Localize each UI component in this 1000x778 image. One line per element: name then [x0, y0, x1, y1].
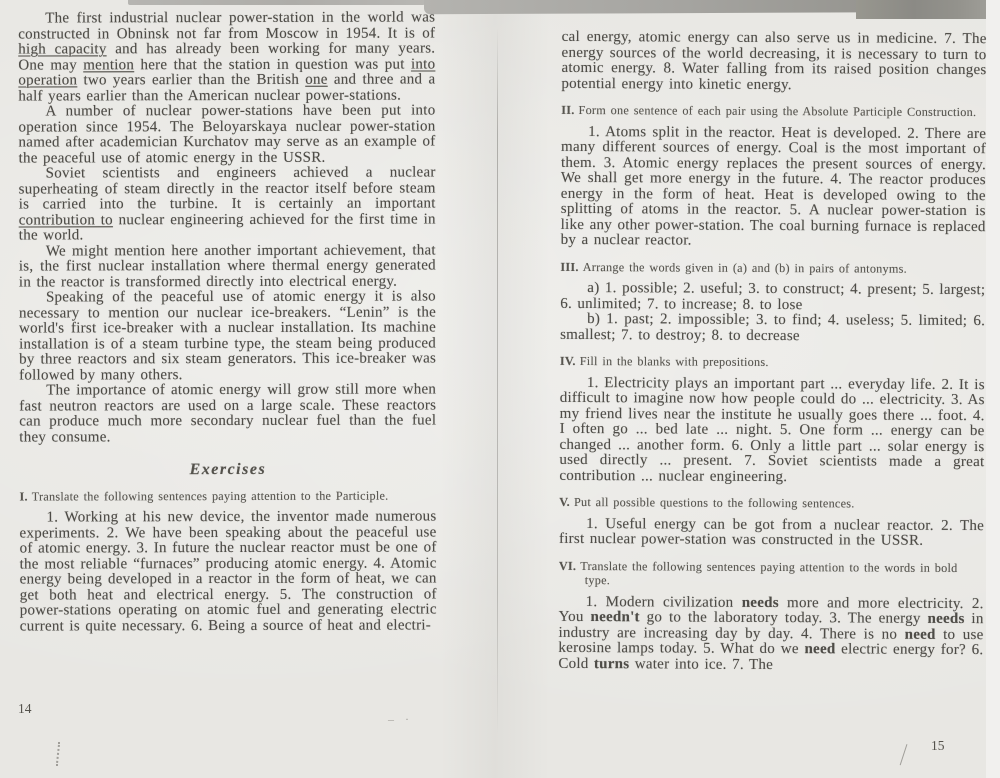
ink-mark: – · — [388, 712, 413, 727]
scan-edge-artifact — [856, 0, 1000, 19]
exercise-number: VI. — [559, 558, 576, 572]
page-number-right: 15 — [931, 738, 945, 754]
paragraph: A number of nuclear power-stations have … — [18, 103, 435, 166]
exercise-ii-instruction: II.Form one sentence of each pair using … — [561, 103, 986, 120]
scan-edge-artifact — [128, 0, 426, 5]
instruction-text: Put all possible questions to the follow… — [574, 495, 855, 510]
exercise-ii-body: 1. Atoms split in the reactor. Heat is d… — [561, 124, 987, 250]
exercise-vi-instruction: VI.Translate the following sentences pay… — [559, 558, 984, 589]
page-left: The first industrial nuclear power-stati… — [18, 10, 437, 634]
exercise-i-instruction: I.Translate the following sentences payi… — [19, 488, 436, 504]
exercise-v-instruction: V.Put all possible questions to the foll… — [559, 495, 984, 512]
exercise-iii-list-a: a) 1. possible; 2. useful; 3. to constru… — [560, 281, 985, 314]
exercise-i-body: 1. Working at his new device, the invent… — [19, 509, 436, 634]
book-scan: – · The first industrial nuclear power-s… — [0, 0, 1000, 778]
page-right: cal energy, atomic energy can also serve… — [558, 30, 986, 674]
instruction-text: Form one sentence of each pair using the… — [579, 103, 977, 119]
instruction-text: Fill in the blanks with prepositions. — [580, 354, 769, 369]
instruction-text: Translate the following sentences paying… — [32, 488, 389, 503]
exercise-number: II. — [561, 103, 574, 117]
exercise-number: I. — [19, 489, 27, 503]
exercise-number: IV. — [560, 354, 576, 368]
exercise-iv-instruction: IV.Fill in the blanks with prepositions. — [560, 354, 985, 371]
exercise-iii-instruction: III.Arrange the words given in (a) and (… — [560, 259, 985, 276]
ink-mark — [900, 744, 910, 766]
paragraph: The first industrial nuclear power-stati… — [18, 10, 435, 104]
exercises-heading: Exercises — [19, 461, 436, 478]
book-gutter — [497, 28, 498, 734]
exercise-number: V. — [559, 495, 570, 509]
exercise-vi-body: 1. Modern civilization needs more and mo… — [558, 594, 983, 674]
page-number-left: 14 — [18, 701, 32, 717]
exercise-iii-list-b: b) 1. past; 2. impossible; 3. to find; 4… — [560, 312, 985, 345]
scan-edge-artifact — [986, 0, 1000, 778]
instruction-text: Translate the following sentences paying… — [580, 558, 957, 587]
ink-mark — [56, 742, 62, 766]
paragraph: We might mention here another important … — [19, 243, 436, 291]
exercise-iv-body: 1. Electricity plays an important part .… — [559, 375, 985, 486]
continuation-paragraph: cal energy, atomic energy can also serve… — [561, 30, 986, 94]
instruction-text: Arrange the words given in (a) and (b) i… — [583, 260, 907, 276]
paragraph: The importance of atomic energy will gro… — [19, 382, 436, 445]
paragraph: Speaking of the peaceful use of atomic e… — [19, 289, 436, 383]
exercise-number: III. — [560, 259, 578, 273]
exercise-v-body: 1. Useful energy can be got from a nucle… — [559, 516, 984, 549]
paragraph: Soviet scientists and engineers achieved… — [19, 165, 436, 244]
